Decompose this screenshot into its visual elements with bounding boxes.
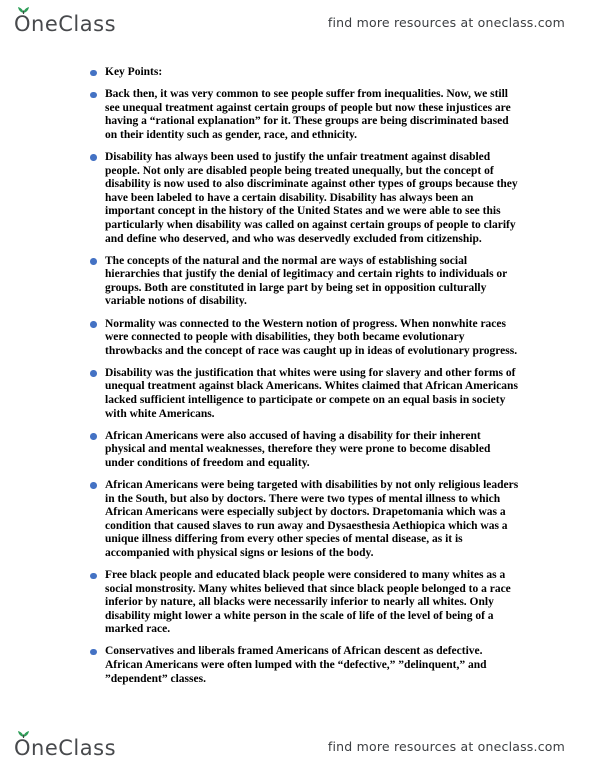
bullet-item: African Americans were being targeted wi… — [90, 479, 522, 561]
bullet-list: Key Points: Back then, it was very commo… — [90, 66, 522, 686]
bullet-item: Normality was connected to the Western n… — [90, 318, 522, 359]
bullet-item: Conservatives and liberals framed Americ… — [90, 645, 522, 686]
oneclass-logo: OneClass — [14, 7, 116, 37]
footer-tagline-link[interactable]: find more resources at oneclass.com — [328, 739, 565, 754]
document-page: OneClass find more resources at oneclass… — [0, 0, 595, 770]
header: OneClass find more resources at oneclass… — [0, 8, 595, 36]
bullet-item: Disability was the justification that wh… — [90, 367, 522, 421]
oneclass-logo-footer: OneClass — [14, 731, 116, 761]
bullet-item: Disability has always been used to justi… — [90, 151, 522, 246]
footer: OneClass find more resources at oneclass… — [0, 732, 595, 760]
logo-text: OneClass — [14, 736, 116, 760]
notes-content: Key Points: Back then, it was very commo… — [90, 66, 522, 695]
bullet-item: Free black people and educated black peo… — [90, 569, 522, 637]
sprout-leaf-icon — [17, 5, 30, 14]
bullet-item: Back then, it was very common to see peo… — [90, 88, 522, 142]
header-tagline-link[interactable]: find more resources at oneclass.com — [328, 15, 565, 30]
bullet-item: The concepts of the natural and the norm… — [90, 255, 522, 309]
bullet-item-key-points: Key Points: — [90, 66, 522, 80]
sprout-leaf-icon — [17, 729, 30, 738]
logo-text: OneClass — [14, 12, 116, 36]
bullet-item: African Americans were also accused of h… — [90, 430, 522, 471]
